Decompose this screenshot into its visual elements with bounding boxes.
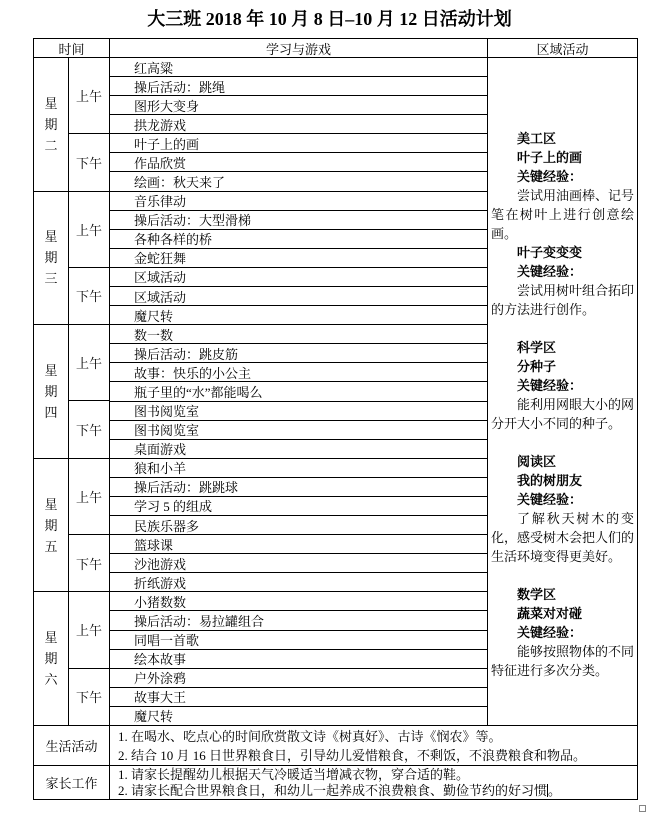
activity-row: 区域活动 (110, 286, 487, 305)
pm-label: 下午 (69, 267, 109, 324)
activity-row: 音乐律动 (110, 192, 487, 210)
key-experience-desc: 能够按照物体的不同特征进行多次分类。 (491, 642, 634, 680)
page-title: 大三班 2018 年 10 月 8 日–10 月 12 日活动计划 (0, 5, 659, 31)
activity-row: 小猪数数 (110, 592, 487, 610)
header-learning-games: 学习与游戏 (110, 39, 488, 58)
activity-row: 瓶子里的“水”都能喝么 (110, 381, 487, 400)
am-label: 上午 (69, 459, 109, 534)
bottom-line-text: 2. 请家长配合世界粮食日，和幼儿一起养成不浪费粮食、勤俭节约的好习惯 (118, 783, 547, 798)
activity-row: 折纸游戏 (110, 572, 487, 591)
area-activity-name: 叶子上的画 (491, 148, 634, 167)
ampm-cell: 上午下午 (69, 459, 110, 592)
activity-row: 红高粱 (110, 58, 487, 76)
day-label: 星期二 (34, 58, 69, 191)
ampm-cell: 上午下午 (69, 58, 110, 191)
bottom-row-line: 2. 请家长配合世界粮食日，和幼儿一起养成不浪费粮食、勤俭节约的好习惯。 (118, 783, 637, 799)
activity-row: 操后活动：跳绳 (110, 76, 487, 95)
day-section: 星期二上午下午红高粱操后活动：跳绳图形大变身拱龙游戏叶子上的画作品欣赏绘画：秋天… (34, 58, 488, 191)
activity-row: 各种各样的桥 (110, 229, 487, 248)
table-header-row: 时间 学习与游戏 区域活动 (34, 39, 637, 58)
day-section: 星期三上午下午音乐律动操后活动：大型滑梯各种各样的桥金蛇狂舞区域活动区域活动魔尺… (34, 191, 488, 325)
bottom-row-line: 1. 在喝水、吃点心的时间欣赏散文诗《树真好》、古诗《悯农》等。 (118, 727, 637, 746)
key-experience-label: 关键经验： (491, 376, 634, 395)
am-label: 上午 (69, 192, 109, 267)
table-body: 星期二上午下午红高粱操后活动：跳绳图形大变身拱龙游戏叶子上的画作品欣赏绘画：秋天… (34, 58, 637, 725)
am-label: 上午 (69, 58, 109, 133)
bottom-line-text: 。 (548, 783, 561, 798)
bottom-row-content: 1. 在喝水、吃点心的时间欣赏散文诗《树真好》、古诗《悯农》等。2. 结合 10… (110, 726, 637, 765)
bottom-row-label: 家长工作 (34, 766, 110, 799)
key-experience-label: 关键经验： (491, 167, 634, 186)
activity-row: 桌面游戏 (110, 439, 487, 458)
day-label: 星期四 (34, 325, 69, 458)
schedule-days: 星期二上午下午红高粱操后活动：跳绳图形大变身拱龙游戏叶子上的画作品欣赏绘画：秋天… (34, 58, 488, 725)
day-label-char: 四 (44, 402, 57, 423)
header-time: 时间 (34, 39, 110, 58)
activities-cell: 狼和小羊操后活动：跳跳球学习 5 的组成民族乐器多篮球课沙池游戏折纸游戏 (110, 459, 488, 592)
activity-row: 故事：快乐的小公主 (110, 362, 487, 381)
activity-row: 图书阅览室 (110, 401, 487, 420)
day-label-char: 六 (44, 669, 57, 690)
activity-row: 操后活动：易拉罐组合 (110, 610, 487, 629)
area-activities-cell: 美工区叶子上的画关键经验：尝试用油画棒、记号笔在树叶上进行创意绘画。叶子变变变关… (488, 58, 637, 725)
activity-row: 学习 5 的组成 (110, 496, 487, 515)
activity-row: 拱龙游戏 (110, 114, 487, 133)
life-activities-row: 生活活动1. 在喝水、吃点心的时间欣赏散文诗《树真好》、古诗《悯农》等。2. 结… (34, 725, 637, 765)
ampm-cell: 上午下午 (69, 325, 110, 458)
activities-cell: 小猪数数操后活动：易拉罐组合同唱一首歌绘本故事户外涂鸦故事大王魔尺转 (110, 592, 488, 725)
activity-row: 绘画：秋天来了 (110, 171, 487, 190)
day-label: 星期五 (34, 459, 69, 592)
day-label-char: 期 (44, 381, 57, 402)
document-page: 大三班 2018 年 10 月 8 日–10 月 12 日活动计划 时间 学习与… (0, 0, 659, 828)
key-experience-desc: 尝试用树叶组合拓印的方法进行创作。 (491, 281, 634, 319)
activity-row: 魔尺转 (110, 305, 487, 324)
area-activity-name: 叶子变变变 (491, 243, 634, 262)
area-activity-name: 蔬菜对对碰 (491, 604, 634, 623)
activity-row: 狼和小羊 (110, 459, 487, 477)
pm-label: 下午 (69, 400, 109, 457)
area-activity-group: 叶子变变变关键经验：尝试用树叶组合拓印的方法进行创作。 (491, 243, 634, 319)
table-resize-handle[interactable] (639, 805, 646, 812)
activity-row: 绘本故事 (110, 649, 487, 668)
day-label: 星期三 (34, 192, 69, 325)
activity-row: 魔尺转 (110, 706, 487, 725)
activity-row: 作品欣赏 (110, 152, 487, 171)
activity-row: 民族乐器多 (110, 515, 487, 534)
activity-row: 操后活动：跳皮筋 (110, 343, 487, 362)
day-section: 星期六上午下午小猪数数操后活动：易拉罐组合同唱一首歌绘本故事户外涂鸦故事大王魔尺… (34, 591, 488, 725)
pm-label: 下午 (69, 668, 109, 725)
am-label: 上午 (69, 592, 109, 667)
bottom-row-line: 1. 请家长提醒幼儿根据天气冷暖适当增减衣物，穿合适的鞋。 (118, 767, 637, 783)
day-label-char: 三 (44, 268, 57, 289)
day-label-char: 期 (44, 247, 57, 268)
key-experience-desc: 了解秋天树木的变化，感受树木会把人们的生活环境变得更美好。 (491, 509, 634, 566)
bottom-row-content: 1. 请家长提醒幼儿根据天气冷暖适当增减衣物，穿合适的鞋。2. 请家长配合世界粮… (110, 766, 637, 799)
key-experience-desc: 尝试用油画棒、记号笔在树叶上进行创意绘画。 (491, 186, 634, 243)
key-experience-label: 关键经验： (491, 490, 634, 509)
day-section: 星期四上午下午数一数操后活动：跳皮筋故事：快乐的小公主瓶子里的“水”都能喝么图书… (34, 324, 488, 458)
activity-row: 图书阅览室 (110, 420, 487, 439)
pm-label: 下午 (69, 534, 109, 591)
activity-row: 同唱一首歌 (110, 630, 487, 649)
day-label-char: 期 (44, 515, 57, 536)
area-activity-name: 分种子 (491, 357, 634, 376)
parent-work-row: 家长工作1. 请家长提醒幼儿根据天气冷暖适当增减衣物，穿合适的鞋。2. 请家长配… (34, 765, 637, 799)
area-zone-title: 阅读区 (491, 452, 634, 471)
activity-row: 数一数 (110, 325, 487, 343)
day-label-char: 星 (44, 494, 57, 515)
key-experience-label: 关键经验： (491, 623, 634, 642)
activity-row: 户外涂鸦 (110, 668, 487, 687)
activity-row: 叶子上的画 (110, 133, 487, 152)
area-zone-title: 数学区 (491, 585, 634, 604)
ampm-cell: 上午下午 (69, 592, 110, 725)
am-label: 上午 (69, 325, 109, 400)
activity-row: 操后活动：大型滑梯 (110, 210, 487, 229)
day-label-char: 星 (44, 226, 57, 247)
area-activity-group: 阅读区我的树朋友关键经验：了解秋天树木的变化，感受树木会把人们的生活环境变得更美… (491, 452, 634, 566)
area-activity-group: 科学区分种子关键经验：能利用网眼大小的网分开大小不同的种子。 (491, 338, 634, 433)
day-label: 星期六 (34, 592, 69, 725)
activities-cell: 音乐律动操后活动：大型滑梯各种各样的桥金蛇狂舞区域活动区域活动魔尺转 (110, 192, 488, 325)
area-zone-title: 科学区 (491, 338, 634, 357)
activity-row: 沙池游戏 (110, 553, 487, 572)
area-activity-group: 美工区叶子上的画关键经验：尝试用油画棒、记号笔在树叶上进行创意绘画。 (491, 129, 634, 243)
day-label-char: 二 (44, 135, 57, 156)
header-area-activities: 区域活动 (488, 39, 637, 58)
area-zone-title: 美工区 (491, 129, 634, 148)
activity-row: 区域活动 (110, 267, 487, 286)
day-label-char: 五 (44, 536, 57, 557)
bottom-row-line: 2. 结合 10 月 16 日世界粮食日，引导幼儿爱惜粮食，不剩饭，不浪费粮食和… (118, 746, 637, 765)
bottom-row-label: 生活活动 (34, 726, 110, 765)
key-experience-desc: 能利用网眼大小的网分开大小不同的种子。 (491, 395, 634, 433)
day-label-char: 期 (44, 114, 57, 135)
activity-row: 篮球课 (110, 534, 487, 553)
ampm-cell: 上午下午 (69, 192, 110, 325)
day-label-char: 星 (44, 360, 57, 381)
activity-row: 图形大变身 (110, 95, 487, 114)
activity-row: 金蛇狂舞 (110, 248, 487, 267)
activity-row: 故事大王 (110, 687, 487, 706)
activity-row: 操后活动：跳跳球 (110, 477, 487, 496)
day-section: 星期五上午下午狼和小羊操后活动：跳跳球学习 5 的组成民族乐器多篮球课沙池游戏折… (34, 458, 488, 592)
day-label-char: 星 (44, 93, 57, 114)
day-label-char: 星 (44, 627, 57, 648)
weekly-plan-table: 时间 学习与游戏 区域活动 星期二上午下午红高粱操后活动：跳绳图形大变身拱龙游戏… (33, 38, 638, 800)
area-activity-group: 数学区蔬菜对对碰关键经验：能够按照物体的不同特征进行多次分类。 (491, 585, 634, 680)
day-label-char: 期 (44, 648, 57, 669)
pm-label: 下午 (69, 133, 109, 190)
area-activity-name: 我的树朋友 (491, 471, 634, 490)
key-experience-label: 关键经验： (491, 262, 634, 281)
activities-cell: 红高粱操后活动：跳绳图形大变身拱龙游戏叶子上的画作品欣赏绘画：秋天来了 (110, 58, 488, 191)
activities-cell: 数一数操后活动：跳皮筋故事：快乐的小公主瓶子里的“水”都能喝么图书阅览室图书阅览… (110, 325, 488, 458)
